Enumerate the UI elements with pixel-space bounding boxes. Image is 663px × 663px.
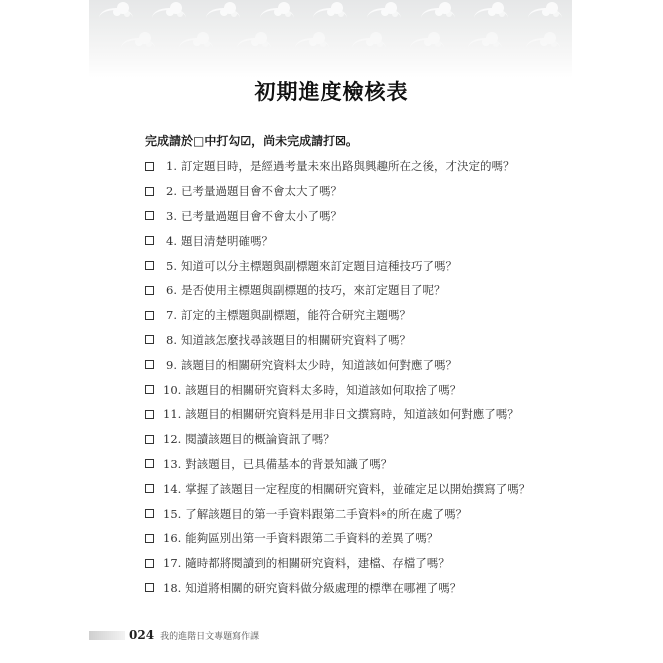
item-text: 能夠區別出第一手資料跟第二手資料的差異了嗎？ — [185, 530, 438, 546]
item-text: 知道將相關的研究資料做分級處理的標準在哪裡了嗎？ — [185, 580, 461, 596]
checkbox[interactable] — [145, 410, 154, 419]
checklist-item: 17.隨時都將閱讀到的相關研究資料，建檔、存檔了嗎？ — [145, 551, 530, 576]
item-text: 是否使用主標題與副標題的技巧，來訂定題目了呢？ — [181, 282, 446, 298]
wave-pattern-row — [89, 2, 572, 32]
item-text: 掌握了該題目一定程度的相關研究資料，並確定足以開始撰寫了嗎？ — [185, 481, 530, 497]
wave-icon — [95, 2, 137, 28]
checkbox[interactable] — [145, 360, 154, 369]
checkbox[interactable] — [145, 583, 154, 592]
checkbox[interactable] — [145, 187, 154, 196]
checkbox[interactable] — [145, 236, 154, 245]
item-text: 了解該題目的第一手資料跟第二手資料 — [185, 506, 381, 522]
wave-icon — [524, 2, 566, 28]
item-text: 的所在處了嗎？ — [387, 506, 468, 522]
checklist-item: 14.掌握了該題目一定程度的相關研究資料，並確定足以開始撰寫了嗎？ — [145, 476, 530, 501]
page-title: 初期進度檢核表 — [0, 76, 663, 106]
checklist-item: 6.是否使用主標題與副標題的技巧，來訂定題目了呢？ — [145, 278, 530, 303]
wave-icon — [464, 32, 506, 58]
wave-icon — [148, 2, 190, 28]
item-text: 訂定的主標題與副標題，能符合研究主題嗎？ — [181, 307, 411, 323]
item-number: 9. — [163, 358, 177, 372]
wave-icon — [233, 32, 275, 58]
wave-icon — [117, 32, 159, 58]
item-text: 知道該怎麼找尋該題目的相關研究資料了嗎？ — [181, 332, 411, 348]
checkbox[interactable] — [145, 509, 154, 518]
checkbox[interactable] — [145, 435, 154, 444]
wave-icon — [406, 32, 448, 58]
checkbox[interactable] — [145, 559, 154, 568]
item-number: 10. — [163, 383, 181, 397]
page-number: 024 — [129, 628, 154, 642]
item-text: 該題目的相關研究資料是用非日文撰寫時，知道該如何對應了嗎？ — [185, 406, 519, 422]
item-number: 6. — [163, 283, 177, 297]
checkbox[interactable] — [145, 484, 154, 493]
item-text: 該題目的相關研究資料太多時，知道該如何取捨了嗎？ — [185, 382, 461, 398]
item-text: 已考量過題目會不會太大了嗎？ — [181, 183, 342, 199]
wave-icon — [470, 2, 512, 28]
item-number: 5. — [163, 259, 177, 273]
checklist-item: 12.閱讀該題目的概論資訊了嗎？ — [145, 427, 530, 452]
checkbox[interactable] — [145, 162, 154, 171]
item-number: 18. — [163, 581, 181, 595]
checklist: 1.訂定題目時，是經過考量未來出路與興趣所在之後，才決定的嗎？ 2.已考量過題目… — [145, 154, 530, 600]
checklist-item: 7.訂定的主標題與副標題，能符合研究主題嗎？ — [145, 303, 530, 328]
item-number: 11. — [163, 407, 181, 421]
checklist-item: 4.題目清楚明確嗎？ — [145, 228, 530, 253]
checklist-item: 15.了解該題目的第一手資料跟第二手資料※的所在處了嗎？ — [145, 501, 530, 526]
checklist-item: 5.知道可以分主標題與副標題來訂定題目這種技巧了嗎？ — [145, 253, 530, 278]
checkbox[interactable] — [145, 311, 154, 320]
checklist-item: 18.知道將相關的研究資料做分級處理的標準在哪裡了嗎？ — [145, 576, 530, 601]
checkbox[interactable] — [145, 534, 154, 543]
item-text: 訂定題目時，是經過考量未來出路與興趣所在之後，才決定的嗎？ — [181, 158, 515, 174]
item-number: 12. — [163, 432, 181, 446]
checklist-item: 8.知道該怎麼找尋該題目的相關研究資料了嗎？ — [145, 328, 530, 353]
item-number: 1. — [163, 159, 177, 173]
item-text: 對該題目，已具備基本的背景知識了嗎？ — [185, 456, 392, 472]
checklist-item: 16.能夠區別出第一手資料跟第二手資料的差異了嗎？ — [145, 526, 530, 551]
checkbox[interactable] — [145, 211, 154, 220]
item-number: 15. — [163, 507, 181, 521]
item-text: 題目清楚明確嗎？ — [181, 233, 273, 249]
checkbox[interactable] — [145, 286, 154, 295]
instructions-text: 完成請於□中打勾☑，尚未完成請打☒。 — [145, 132, 358, 149]
item-text: 已考量過題目會不會太小了嗎？ — [181, 208, 342, 224]
footer-gradient-bar — [89, 631, 125, 640]
page-footer: 024 我的進階日文專題寫作課 — [89, 628, 259, 642]
checkbox[interactable] — [145, 385, 154, 394]
item-number: 7. — [163, 308, 177, 322]
wave-icon — [348, 32, 390, 58]
checklist-item: 11.該題目的相關研究資料是用非日文撰寫時，知道該如何對應了嗎？ — [145, 402, 530, 427]
item-text: 該題目的相關研究資料太少時，知道該如何對應了嗎？ — [181, 357, 457, 373]
item-number: 14. — [163, 482, 181, 496]
item-number: 8. — [163, 333, 177, 347]
checkbox[interactable] — [145, 261, 154, 270]
checklist-item: 9.該題目的相關研究資料太少時，知道該如何對應了嗎？ — [145, 352, 530, 377]
wave-icon — [363, 2, 405, 28]
wave-icon — [256, 2, 298, 28]
checklist-item: 13.對該題目，已具備基本的背景知識了嗎？ — [145, 452, 530, 477]
wave-icon — [522, 32, 564, 58]
item-number: 16. — [163, 531, 181, 545]
item-number: 4. — [163, 234, 177, 248]
item-text: 知道可以分主標題與副標題來訂定題目這種技巧了嗎？ — [181, 258, 457, 274]
book-title: 我的進階日文專題寫作課 — [160, 629, 259, 642]
item-text: 隨時都將閱讀到的相關研究資料，建檔、存檔了嗎？ — [185, 555, 450, 571]
checklist-item: 1.訂定題目時，是經過考量未來出路與興趣所在之後，才決定的嗎？ — [145, 154, 530, 179]
decorative-wave-header — [89, 0, 572, 78]
wave-icon — [309, 2, 351, 28]
checklist-item: 10.該題目的相關研究資料太多時，知道該如何取捨了嗎？ — [145, 377, 530, 402]
wave-icon — [175, 32, 217, 58]
item-number: 17. — [163, 556, 181, 570]
item-text: 閱讀該題目的概論資訊了嗎？ — [185, 431, 335, 447]
wave-icon — [202, 2, 244, 28]
wave-icon — [417, 2, 459, 28]
checkbox[interactable] — [145, 335, 154, 344]
wave-icon — [291, 32, 333, 58]
wave-pattern-row — [89, 32, 572, 62]
item-number: 13. — [163, 457, 181, 471]
checklist-item: 2.已考量過題目會不會太大了嗎？ — [145, 179, 530, 204]
item-number: 2. — [163, 184, 177, 198]
item-number: 3. — [163, 209, 177, 223]
checkbox[interactable] — [145, 459, 154, 468]
checklist-item: 3.已考量過題目會不會太小了嗎？ — [145, 204, 530, 229]
